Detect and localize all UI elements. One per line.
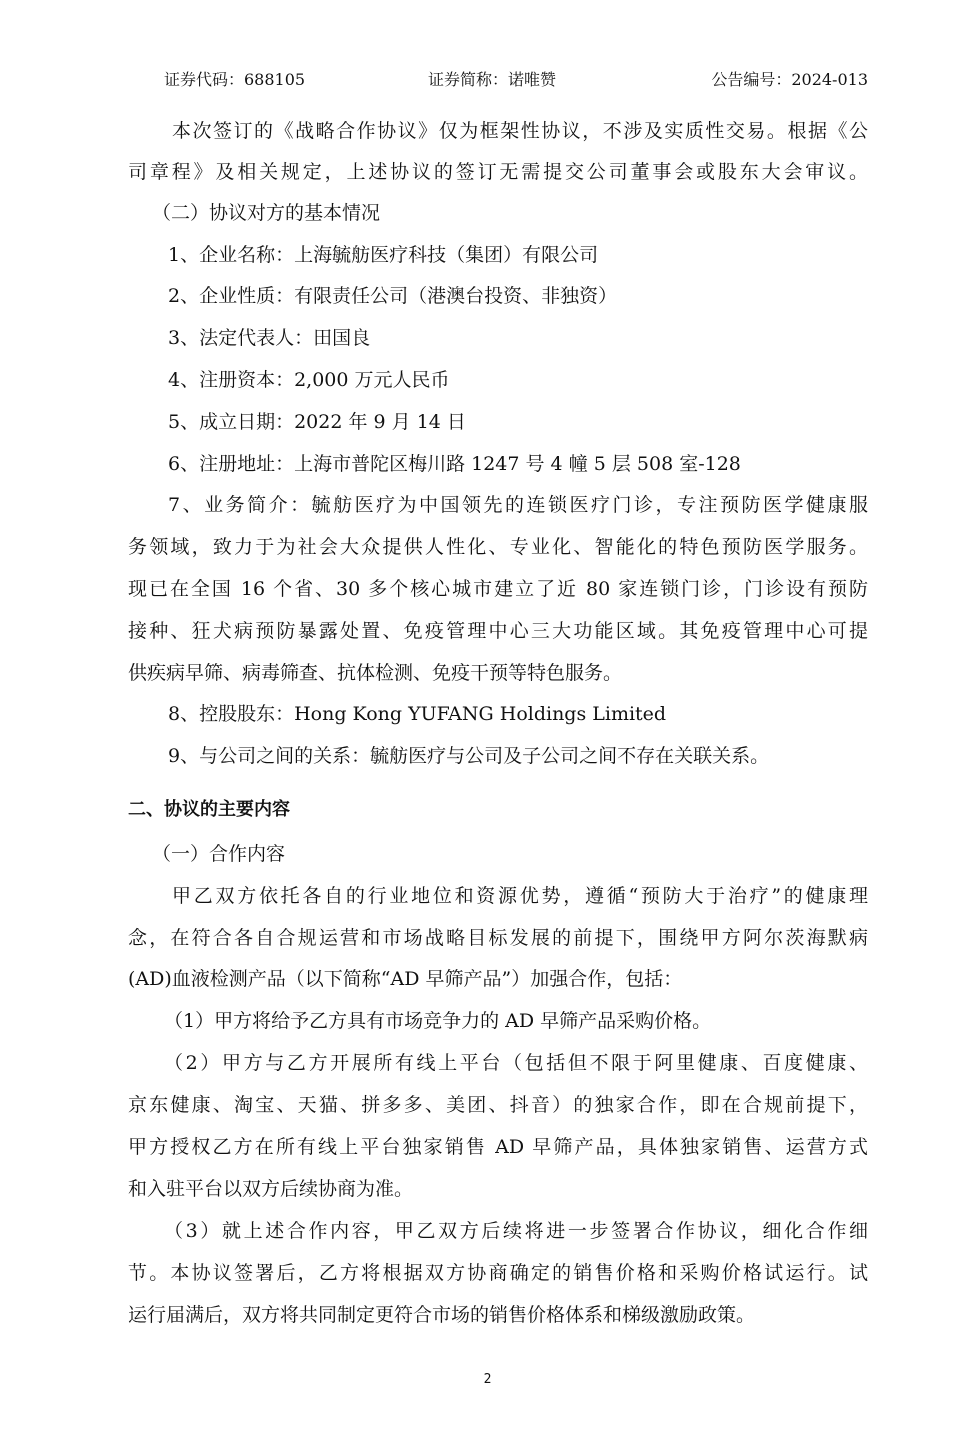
intro-line-1: 本次签订的《战略合作协议》仅为框架性协议，不涉及实质性交易。根据《公 bbox=[172, 117, 868, 145]
cooperation-item-2-line-1: （2）甲方与乙方开展所有线上平台（包括但不限于阿里健康、百度健康、 bbox=[164, 1049, 868, 1077]
business-intro-line-4: 接种、狂犬病预防暴露处置、免疫管理中心三大功能区域。其免疫管理中心可提 bbox=[128, 617, 868, 645]
cooperation-para-line-2: 念，在符合各自合规运营和市场战略目标发展的前提下，围绕甲方阿尔茨海默病 bbox=[128, 924, 868, 952]
counterparty-item-founded: 5、成立日期：2022 年 9 月 14 日 bbox=[168, 408, 466, 436]
counterparty-item-nature: 2、企业性质：有限责任公司（港澳台投资、非独资） bbox=[168, 282, 617, 310]
announcement-number: 公告编号：2024-013 bbox=[711, 66, 868, 94]
counterparty-heading: （二）协议对方的基本情况 bbox=[152, 199, 380, 227]
cooperation-item-1: （1）甲方将给予乙方具有市场竞争力的 AD 早筛产品采购价格。 bbox=[164, 1007, 711, 1035]
counterparty-item-address: 6、注册地址：上海市普陀区梅川路 1247 号 4 幢 5 层 508 室-12… bbox=[168, 450, 741, 478]
cooperation-item-3-line-3: 运行届满后，双方将共同制定更符合市场的销售价格体系和梯级激励政策。 bbox=[128, 1301, 755, 1329]
cooperation-item-3-line-2: 节。本协议签署后，乙方将根据双方协商确定的销售价格和采购价格试运行。试 bbox=[128, 1259, 868, 1287]
business-intro-line-1: 7、业务简介：毓舫医疗为中国领先的连锁医疗门诊，专注预防医学健康服 bbox=[168, 491, 868, 519]
counterparty-item-name: 1、企业名称：上海毓舫医疗科技（集团）有限公司 bbox=[168, 241, 598, 269]
stock-name: 证券简称：诺唯赞 bbox=[428, 66, 556, 94]
intro-line-2: 司章程》及相关规定，上述协议的签订无需提交公司董事会或股东大会审议。 bbox=[128, 158, 868, 186]
stock-code: 证券代码：688105 bbox=[164, 66, 305, 94]
page-header: 证券代码：688105 证券简称：诺唯赞 公告编号：2024-013 bbox=[160, 66, 868, 94]
business-intro-line-2: 务领域，致力于为社会大众提供人性化、专业化、智能化的特色预防医学服务。 bbox=[128, 533, 868, 561]
counterparty-item-capital: 4、注册资本：2,000 万元人民币 bbox=[168, 366, 450, 394]
cooperation-item-3-line-1: （3）就上述合作内容，甲乙双方后续将进一步签署合作协议，细化合作细 bbox=[164, 1217, 868, 1245]
relationship: 9、与公司之间的关系：毓舫医疗与公司及子公司之间不存在关联关系。 bbox=[168, 742, 769, 770]
business-intro-line-5: 供疾病早筛、病毒筛查、抗体检测、免疫干预等特色服务。 bbox=[128, 659, 622, 687]
counterparty-item-legal-rep: 3、法定代表人：田国良 bbox=[168, 324, 370, 352]
cooperation-item-2-line-3: 甲方授权乙方在所有线上平台独家销售 AD 早筛产品，具体独家销售、运营方式 bbox=[128, 1133, 868, 1161]
section-2-subheading: （一）合作内容 bbox=[152, 840, 285, 868]
section-2-heading: 二、协议的主要内容 bbox=[128, 796, 290, 824]
page-number: 2 bbox=[0, 1372, 975, 1387]
business-intro-line-3: 现已在全国 16 个省、30 多个核心城市建立了近 80 家连锁门诊，门诊设有预… bbox=[128, 575, 868, 603]
cooperation-item-2-line-2: 京东健康、淘宝、天猫、拼多多、美团、抖音）的独家合作，即在合规前提下， bbox=[128, 1091, 868, 1119]
cooperation-item-2-line-4: 和入驻平台以双方后续协商为准。 bbox=[128, 1175, 413, 1203]
controlling-shareholder: 8、控股股东：Hong Kong YUFANG Holdings Limited bbox=[168, 700, 666, 728]
cooperation-para-line-3: (AD)血液检测产品（以下简称“AD 早筛产品”）加强合作，包括： bbox=[128, 965, 682, 993]
cooperation-para-line-1: 甲乙双方依托各自的行业地位和资源优势，遵循“预防大于治疗”的健康理 bbox=[172, 882, 868, 910]
